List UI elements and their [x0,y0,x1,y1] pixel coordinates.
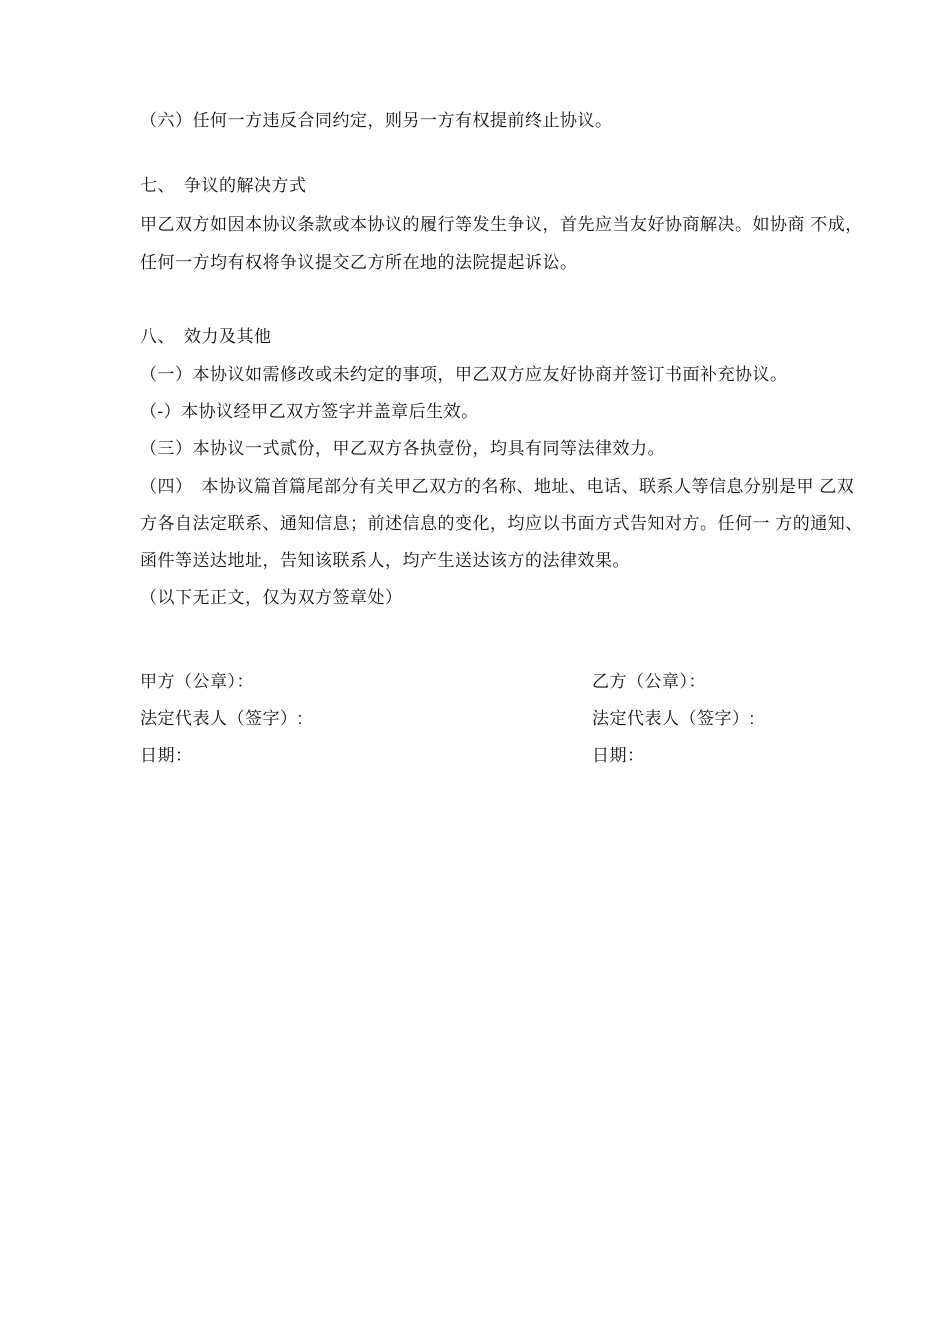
contract-page: （六）任何一方违反合同约定，则另一方有权提前终止协议。 七、 争议的解决方式 甲… [0,0,950,1344]
no-body-text-note: （以下无正文，仅为双方签章处） [140,579,860,616]
signature-row-seal: 甲方（公章）： 乙方（公章）： [140,663,860,700]
party-b-seal-label: 乙方（公章）： [592,663,860,700]
section-7-paragraph-line-1: 甲乙双方如因本协议条款或本协议的履行等发生争议，首先应当友好协商解决。如协商 不… [140,206,860,243]
signature-row-representative: 法定代表人（签字）: 法定代表人（签字）: [140,700,860,737]
section-7-paragraph-line-2: 任何一方均有权将争议提交乙方所在地的法院提起诉讼。 [140,244,860,281]
signature-row-date: 日期： 日期： [140,737,860,774]
party-a-representative-label: 法定代表人（签字）: [140,700,592,737]
section-7-heading-dispute-resolution: 七、 争议的解决方式 [140,167,860,204]
clause-6-line: （六）任何一方违反合同约定，则另一方有权提前终止协议。 [140,102,860,139]
party-b-representative-label: 法定代表人（签字）: [592,700,860,737]
section-8-clause-4-line-3: 函件等送达地址，告知该联系人，均产生送达该方的法律效果。 [140,542,860,579]
section-8-heading-effectiveness: 八、 效力及其他 [140,318,860,355]
party-a-date-label: 日期： [140,737,592,774]
section-8-clause-3-line: （三）本协议一式贰份，甲乙双方各执壹份，均具有同等法律效力。 [140,430,860,467]
section-8-clause-2-line: （-）本协议经甲乙双方签字并盖章后生效。 [140,393,860,430]
section-8-clause-1-line: （一）本协议如需修改或未约定的事项，甲乙双方应友好协商并签订书面补充协议。 [140,356,860,393]
party-b-date-label: 日期： [592,737,860,774]
signature-block: 甲方（公章）： 乙方（公章）： 法定代表人（签字）: 法定代表人（签字）: 日期… [140,663,860,774]
section-8-clause-4-line-2: 方各自法定联系、通知信息；前述信息的变化，均应以书面方式告知对方。任何一 方的通… [140,505,860,542]
section-8-clause-4-line-1: （四） 本协议篇首篇尾部分有关甲乙双方的名称、地址、电话、联系人等信息分别是甲 … [140,468,860,505]
party-a-seal-label: 甲方（公章）： [140,663,592,700]
